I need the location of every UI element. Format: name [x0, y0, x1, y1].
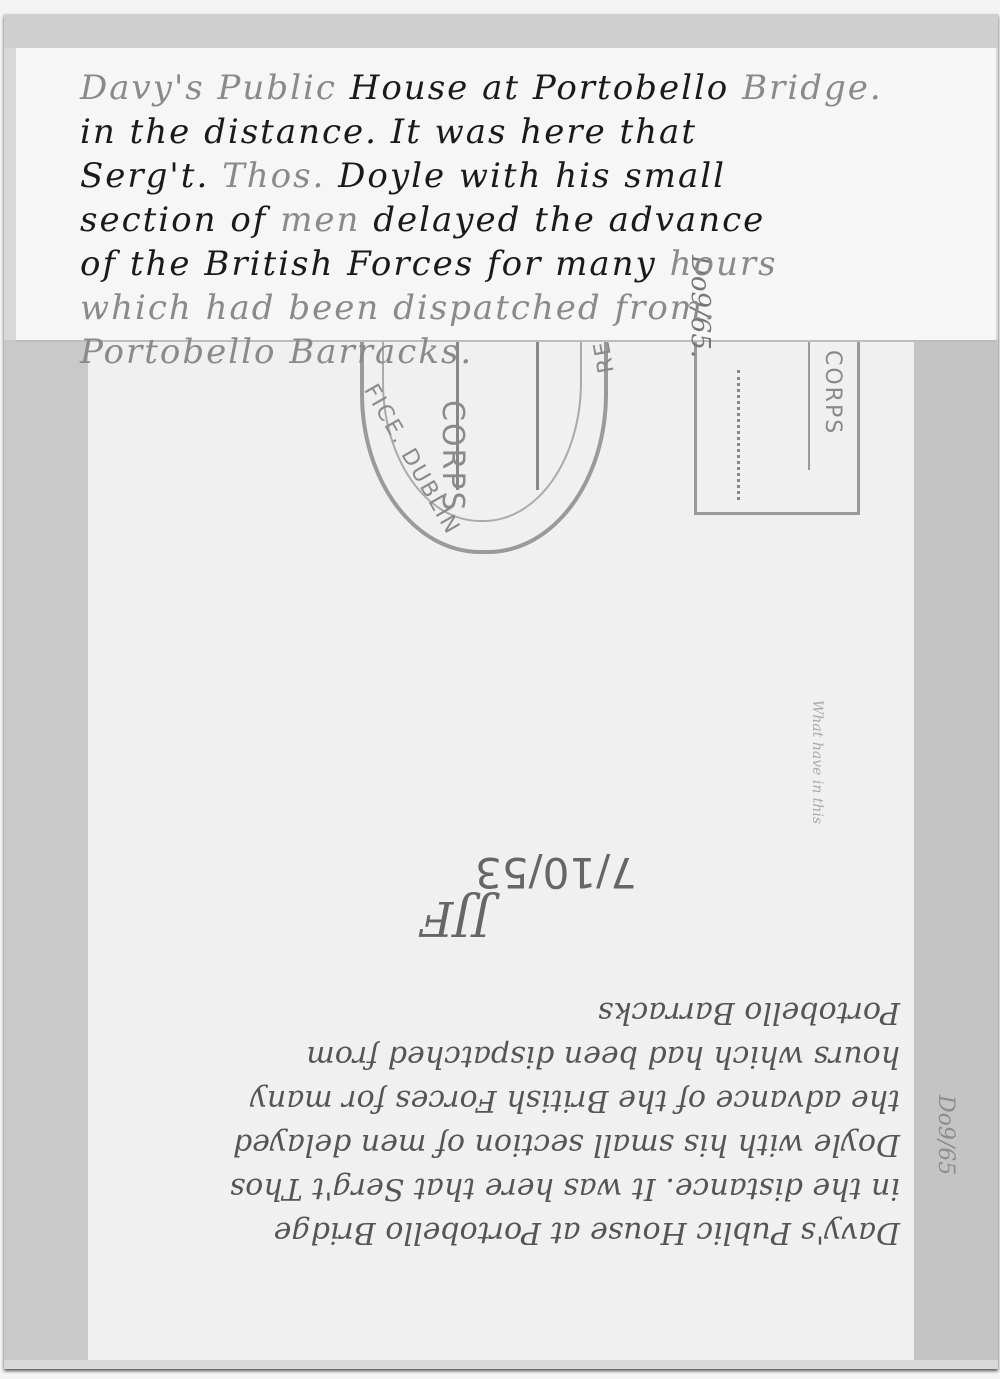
- reverse-note-line: hours which had been dispatched from: [200, 1034, 900, 1078]
- caption-segment: Serg't.: [80, 156, 222, 196]
- caption-line: in the distance. It was here that: [80, 110, 980, 154]
- reverse-note-line: in the distance. It was here that Serg't…: [200, 1166, 900, 1210]
- caption-segment: Portobello Barracks.: [80, 332, 473, 372]
- caption-segment: in the distance. It was here that: [80, 112, 697, 152]
- date-mark: 7/10/53: [475, 848, 637, 897]
- caption-segment: of the British Forces for many: [80, 244, 670, 284]
- caption-segment: Bridge.: [742, 68, 883, 108]
- caption-segment: Doyle with his small: [338, 156, 726, 196]
- caption-segment: Davy's Public: [80, 68, 350, 108]
- margin-note: What have in this: [809, 700, 825, 824]
- caption-line: of the British Forces for many hours: [80, 242, 980, 286]
- caption-segment: House at Portobello: [350, 68, 742, 108]
- caption-line: Davy's Public House at Portobello Bridge…: [80, 66, 980, 110]
- caption-line: section of men delayed the advance: [80, 198, 980, 242]
- reverse-note-line: Davy's Public House at Portobello Bridge: [200, 1210, 900, 1254]
- initials-signature: JJF: [420, 890, 492, 946]
- reverse-note-line: Portobello Barracks: [200, 990, 900, 1034]
- caption-segment: hours: [670, 244, 778, 284]
- mount-top-strip: [4, 14, 998, 48]
- right-glassine-margin: [914, 340, 998, 1360]
- caption-segment: men: [280, 200, 373, 240]
- left-glassine-margin: [4, 340, 88, 1360]
- reverse-handwritten-note: Davy's Public House at Portobello Bridge…: [200, 990, 900, 1254]
- caption-line: which had been dispatched from.: [80, 286, 980, 330]
- caption-segment: which had been dispatched from.: [80, 288, 717, 328]
- caption-segment: Thos.: [222, 156, 338, 196]
- caption-segment: section of: [80, 200, 280, 240]
- caption-text: Davy's Public House at Portobello Bridge…: [80, 66, 980, 374]
- caption-line: Portobello Barracks.: [80, 330, 980, 374]
- reverse-note-line: the advance of the British Forces for ma…: [200, 1078, 900, 1122]
- edge-note: Do9/65: [933, 1095, 958, 1175]
- caption-line: Serg't. Thos. Doyle with his small: [80, 154, 980, 198]
- reverse-note-line: Doyle with his small section of men dela…: [200, 1122, 900, 1166]
- caption-segment: delayed the advance: [373, 200, 765, 240]
- rectangle-stamp-dotted-line: [737, 370, 740, 500]
